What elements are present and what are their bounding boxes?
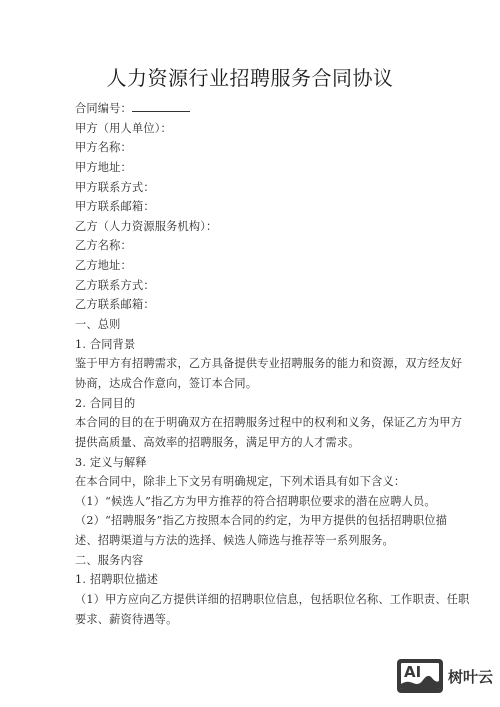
- party-b-contact: 乙方联系方式：: [75, 276, 430, 296]
- paragraph-line: 协商，达成合作意向，签订本合同。: [75, 374, 430, 394]
- party-b-email: 乙方联系邮箱：: [75, 295, 430, 315]
- document-page: 人力资源行业招聘服务合同协议 合同编号： 甲方（用人单位）： 甲方名称： 甲方地…: [0, 0, 500, 707]
- party-a-contact: 甲方联系方式：: [75, 178, 430, 198]
- paragraph-line: （2）“招聘服务”指乙方按照本合同的约定，为甲方提供的包括招聘职位描: [75, 511, 430, 531]
- party-b-header: 乙方（人力资源服务机构）：: [75, 217, 430, 237]
- party-a-header: 甲方（用人单位）：: [75, 119, 430, 139]
- party-b-address: 乙方地址：: [75, 256, 430, 276]
- paragraph-line: 提供高质量、高效率的招聘服务，满足甲方的人才需求。: [75, 433, 430, 453]
- paragraph-line: （1）甲方应向乙方提供详细的招聘职位信息，包括职位名称、工作职责、任职: [75, 590, 430, 610]
- contract-number-label: 合同编号：: [75, 102, 132, 115]
- party-a-name: 甲方名称：: [75, 138, 430, 158]
- subsection-heading: 1. 合同背景: [75, 335, 430, 355]
- subsection-heading: 2. 合同目的: [75, 394, 430, 414]
- watermark-logo: AI 树叶云: [397, 659, 493, 693]
- document-body: 合同编号： 甲方（用人单位）： 甲方名称： 甲方地址： 甲方联系方式： 甲方联系…: [75, 99, 430, 629]
- section-heading: 二、服务内容: [75, 551, 430, 571]
- contract-number-line: 合同编号：: [75, 99, 430, 119]
- document-title: 人力资源行业招聘服务合同协议: [0, 62, 500, 91]
- paragraph-line: 本合同的目的在于明确双方在招聘服务过程中的权利和义务，保证乙方为甲方: [75, 413, 430, 433]
- party-a-address: 甲方地址：: [75, 158, 430, 178]
- party-b-name: 乙方名称：: [75, 236, 430, 256]
- mountain-icon: [401, 663, 439, 689]
- paragraph-line: 要求、薪资待遇等。: [75, 610, 430, 630]
- paragraph-line: 述、招聘渠道与方法的选择、候选人筛选与推荐等一系列服务。: [75, 531, 430, 551]
- brand-name: 树叶云: [448, 666, 493, 687]
- subsection-heading: 1. 招聘职位描述: [75, 570, 430, 590]
- contract-number-blank: [132, 102, 190, 112]
- subsection-heading: 3. 定义与解释: [75, 453, 430, 473]
- ai-image-icon: AI: [397, 659, 443, 693]
- paragraph-line: 鉴于甲方有招聘需求，乙方具备提供专业招聘服务的能力和资源，双方经友好: [75, 354, 430, 374]
- section-heading: 一、总则: [75, 315, 430, 335]
- paragraph-line: 在本合同中，除非上下文另有明确规定，下列术语具有如下含义：: [75, 472, 430, 492]
- party-a-email: 甲方联系邮箱：: [75, 197, 430, 217]
- paragraph-line: （1）“候选人”指乙方为甲方推荐的符合招聘职位要求的潜在应聘人员。: [75, 492, 430, 512]
